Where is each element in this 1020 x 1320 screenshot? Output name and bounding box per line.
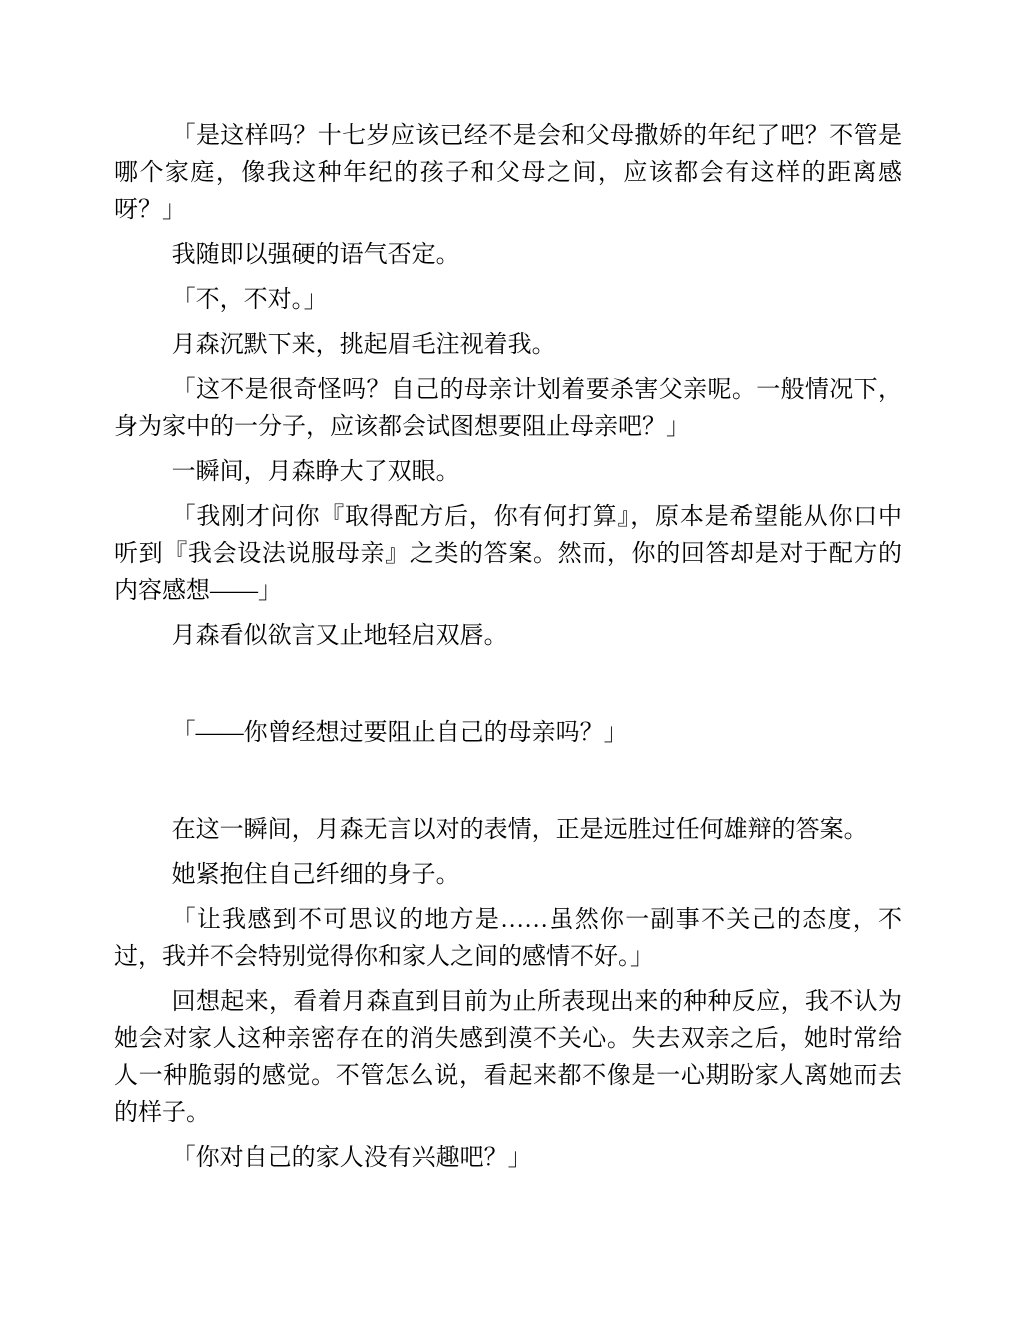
- paragraph: 月森看似欲言又止地轻启双唇。: [114, 618, 902, 655]
- novel-text-page: 「是这样吗？十七岁应该已经不是会和父母撒娇的年纪了吧？不管是哪个家庭，像我这种年…: [0, 0, 1020, 1320]
- paragraph: 「让我感到不可思议的地方是……虽然你一副事不关己的态度，不过，我并不会特别觉得你…: [114, 902, 902, 976]
- paragraph: 「不，不对。」: [114, 282, 902, 319]
- isolated-quote-paragraph: 「——你曾经想过要阻止自己的母亲吗？」: [114, 715, 902, 752]
- paragraph: 回想起来，看着月森直到目前为止所表现出来的种种反应，我不认为她会对家人这种亲密存…: [114, 984, 902, 1132]
- paragraph: 我随即以强硬的语气否定。: [114, 237, 902, 274]
- paragraph: 月森沉默下来，挑起眉毛注视着我。: [114, 327, 902, 364]
- paragraph: 「我刚才问你『取得配方后，你有何打算』，原本是希望能从你口中听到『我会设法说服母…: [114, 499, 902, 610]
- paragraph: 「这不是很奇怪吗？自己的母亲计划着要杀害父亲呢。一般情况下，身为家中的一分子，应…: [114, 372, 902, 446]
- paragraph: 一瞬间，月森睁大了双眼。: [114, 454, 902, 491]
- paragraph: 「你对自己的家人没有兴趣吧？」: [114, 1140, 902, 1177]
- paragraph: 在这一瞬间，月森无言以对的表情，正是远胜过任何雄辩的答案。: [114, 812, 902, 849]
- paragraph: 「是这样吗？十七岁应该已经不是会和父母撒娇的年纪了吧？不管是哪个家庭，像我这种年…: [114, 118, 902, 229]
- paragraph: 她紧抱住自己纤细的身子。: [114, 857, 902, 894]
